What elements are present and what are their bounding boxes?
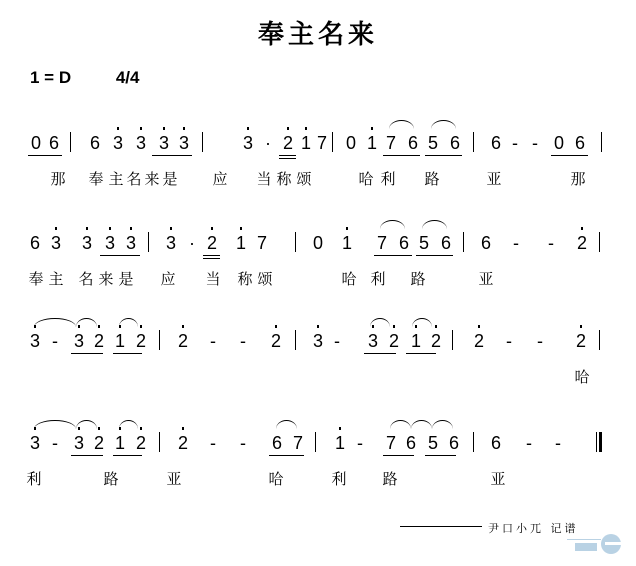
- note: 6: [480, 232, 492, 254]
- lyric-syllable: 路: [424, 168, 440, 189]
- slur-arc: [380, 220, 405, 229]
- note: 6: [405, 432, 417, 454]
- slur-arc: [412, 318, 432, 327]
- lyric-syllable: 应: [212, 168, 228, 189]
- extension-dash: -: [555, 432, 561, 454]
- barline: [599, 330, 600, 350]
- note: 6: [271, 432, 283, 454]
- lyric-syllable: 那: [570, 168, 586, 189]
- beam-underline: [71, 353, 103, 354]
- beam-underline: [113, 455, 142, 456]
- barline: [295, 330, 296, 350]
- lyric-syllable: 路: [103, 468, 119, 489]
- extension-dash: -: [334, 330, 340, 352]
- note: 3: [158, 132, 170, 154]
- barline: [295, 232, 296, 252]
- extension-dash: -: [52, 432, 58, 454]
- lyric-syllable: 利: [370, 268, 386, 289]
- beam-underline: [416, 255, 453, 256]
- lyric-syllable: 应: [160, 268, 176, 289]
- slur-arc: [34, 420, 76, 429]
- extension-dash: -: [210, 330, 216, 352]
- lyric-syllable: 当: [256, 168, 272, 189]
- lyric-syllable: 亚: [478, 268, 494, 289]
- note: 3: [312, 330, 324, 352]
- lyric-syllable: 利: [380, 168, 396, 189]
- lyric-syllable: 利: [26, 468, 42, 489]
- note: 2: [135, 432, 147, 454]
- barline: [159, 330, 160, 350]
- beam-underline: [383, 155, 420, 156]
- lyric-syllable: 亚: [486, 168, 502, 189]
- note: 2: [575, 330, 587, 352]
- credit-rule: [400, 526, 482, 527]
- slur-arc: [422, 220, 447, 229]
- note: 3: [242, 132, 254, 154]
- beam-underline: [203, 255, 220, 256]
- lyric-syllable: 颂: [257, 268, 273, 289]
- note: 5: [427, 432, 439, 454]
- note: 3: [73, 330, 85, 352]
- extension-dash: -: [240, 330, 246, 352]
- slur-arc: [432, 420, 453, 429]
- extension-dash: -: [210, 432, 216, 454]
- lyric-syllable: 是: [162, 168, 178, 189]
- note: 7: [385, 132, 397, 154]
- barline: [473, 432, 474, 452]
- barline: [452, 330, 453, 350]
- note: 2: [177, 432, 189, 454]
- note: ·: [186, 232, 198, 254]
- extension-dash: -: [357, 432, 363, 454]
- note: 6: [398, 232, 410, 254]
- note: 2: [270, 330, 282, 352]
- barline: [70, 132, 71, 152]
- extension-dash: -: [537, 330, 543, 352]
- note: 0: [30, 132, 42, 154]
- slur-arc: [76, 318, 97, 327]
- note: 2: [576, 232, 588, 254]
- barline: [332, 132, 333, 152]
- note: 6: [89, 132, 101, 154]
- barline: [601, 132, 602, 152]
- note: 5: [418, 232, 430, 254]
- lyric-syllable: 主: [48, 268, 64, 289]
- beam-underline: [383, 455, 414, 456]
- beam-underline: [425, 155, 462, 156]
- note: 2: [93, 330, 105, 352]
- note: 6: [29, 232, 41, 254]
- score-line: 633333·2170176566--2奉主名来是应当称颂哈利路亚: [0, 232, 636, 302]
- extension-dash: -: [52, 330, 58, 352]
- slur-arc: [76, 420, 97, 429]
- note: 3: [104, 232, 116, 254]
- slur-arc: [389, 120, 414, 129]
- note: 7: [316, 132, 328, 154]
- barline: [159, 432, 160, 452]
- watermark-logo-icon: [565, 533, 625, 555]
- note: 3: [29, 432, 41, 454]
- score-line: 3-32122--671-76566--利路亚哈利路亚: [0, 432, 636, 502]
- slur-arc: [276, 420, 297, 429]
- beam-underline: [406, 353, 436, 354]
- lyric-syllable: 来: [98, 268, 114, 289]
- lyric-syllable: 路: [410, 268, 426, 289]
- note: 3: [165, 232, 177, 254]
- lyric-syllable: 亚: [490, 468, 506, 489]
- lyric-syllable: 当: [205, 268, 221, 289]
- note: 3: [73, 432, 85, 454]
- note: 6: [407, 132, 419, 154]
- key-signature: 1 = D 4/4: [30, 68, 179, 88]
- note: 1: [114, 330, 126, 352]
- beam-underline: [100, 255, 140, 256]
- extension-dash: -: [548, 232, 554, 254]
- note: 2: [135, 330, 147, 352]
- slur-arc: [431, 120, 456, 129]
- lyric-syllable: 奉: [88, 168, 104, 189]
- note: 6: [440, 232, 452, 254]
- song-title: 奉主名来: [0, 14, 636, 51]
- barline: [315, 432, 316, 452]
- note: 6: [449, 132, 461, 154]
- lyric-syllable: 哈: [574, 366, 590, 387]
- lyric-syllable: 主: [108, 168, 124, 189]
- note: 3: [81, 232, 93, 254]
- note: 3: [135, 132, 147, 154]
- lyric-syllable: 名: [126, 168, 142, 189]
- lyric-syllable: 称: [237, 268, 253, 289]
- score-line: 06633333·2170176566--06那奉主名来是应当称颂哈利路亚那: [0, 132, 636, 202]
- lyric-syllable: 那: [50, 168, 66, 189]
- note: 6: [490, 432, 502, 454]
- lyric-syllable: 称: [276, 168, 292, 189]
- note: 2: [388, 330, 400, 352]
- beam-underline: [113, 353, 142, 354]
- time-signature: 4/4: [116, 68, 140, 87]
- lyric-syllable: 利: [331, 468, 347, 489]
- slur-arc: [119, 318, 138, 327]
- extension-dash: -: [506, 330, 512, 352]
- note: 2: [282, 132, 294, 154]
- barline: [202, 132, 203, 152]
- key: 1 = D: [30, 68, 71, 87]
- beam-underline: [279, 155, 296, 156]
- note: 1: [341, 232, 353, 254]
- note: 7: [292, 432, 304, 454]
- slur-arc: [370, 318, 390, 327]
- barline: [473, 132, 474, 152]
- extension-dash: -: [240, 432, 246, 454]
- note: 2: [473, 330, 485, 352]
- note: 1: [334, 432, 346, 454]
- lyric-syllable: 哈: [341, 268, 357, 289]
- beam-underline: [374, 255, 412, 256]
- note: 2: [93, 432, 105, 454]
- lyric-syllable: 路: [382, 468, 398, 489]
- note: 0: [345, 132, 357, 154]
- note: 0: [312, 232, 324, 254]
- beam-underline: [551, 155, 588, 156]
- note: 2: [177, 330, 189, 352]
- note: 1: [366, 132, 378, 154]
- note: 3: [178, 132, 190, 154]
- slur-arc: [411, 420, 432, 429]
- note: 1: [235, 232, 247, 254]
- lyric-syllable: 哈: [268, 468, 284, 489]
- note: 1: [410, 330, 422, 352]
- beam-underline: [364, 353, 396, 354]
- beam-underline: [152, 155, 192, 156]
- note: 6: [490, 132, 502, 154]
- lyric-syllable: 是: [118, 268, 134, 289]
- note: 6: [448, 432, 460, 454]
- extension-dash: -: [513, 232, 519, 254]
- lyric-syllable: 哈: [358, 168, 374, 189]
- lyric-syllable: 名: [78, 268, 94, 289]
- note: 7: [256, 232, 268, 254]
- beam-underline-double: [203, 258, 220, 259]
- note: 3: [50, 232, 62, 254]
- note: 7: [385, 432, 397, 454]
- slur-arc: [119, 420, 138, 429]
- note: 6: [48, 132, 60, 154]
- barline: [148, 232, 149, 252]
- note: 2: [430, 330, 442, 352]
- note: 2: [206, 232, 218, 254]
- lyric-syllable: 颂: [296, 168, 312, 189]
- beam-underline: [425, 455, 456, 456]
- extension-dash: -: [526, 432, 532, 454]
- beam-underline: [71, 455, 103, 456]
- note: 1: [114, 432, 126, 454]
- lyric-syllable: 亚: [166, 468, 182, 489]
- lyric-syllable: 来: [144, 168, 160, 189]
- note: 5: [427, 132, 439, 154]
- beam-underline-double: [279, 158, 296, 159]
- score-line: 3-32122--23-32122--2哈: [0, 330, 636, 400]
- extension-dash: -: [532, 132, 538, 154]
- note: 3: [125, 232, 137, 254]
- slur-arc: [34, 318, 76, 327]
- note: 3: [29, 330, 41, 352]
- note: 3: [112, 132, 124, 154]
- lyric-syllable: 奉: [28, 268, 44, 289]
- note: 3: [367, 330, 379, 352]
- note: 6: [574, 132, 586, 154]
- note: ·: [262, 132, 274, 154]
- barline: [599, 232, 600, 252]
- note: 1: [300, 132, 312, 154]
- slur-arc: [390, 420, 411, 429]
- barline: [463, 232, 464, 252]
- beam-underline: [269, 455, 304, 456]
- beam-underline: [28, 155, 62, 156]
- extension-dash: -: [512, 132, 518, 154]
- note: 7: [376, 232, 388, 254]
- note: 0: [553, 132, 565, 154]
